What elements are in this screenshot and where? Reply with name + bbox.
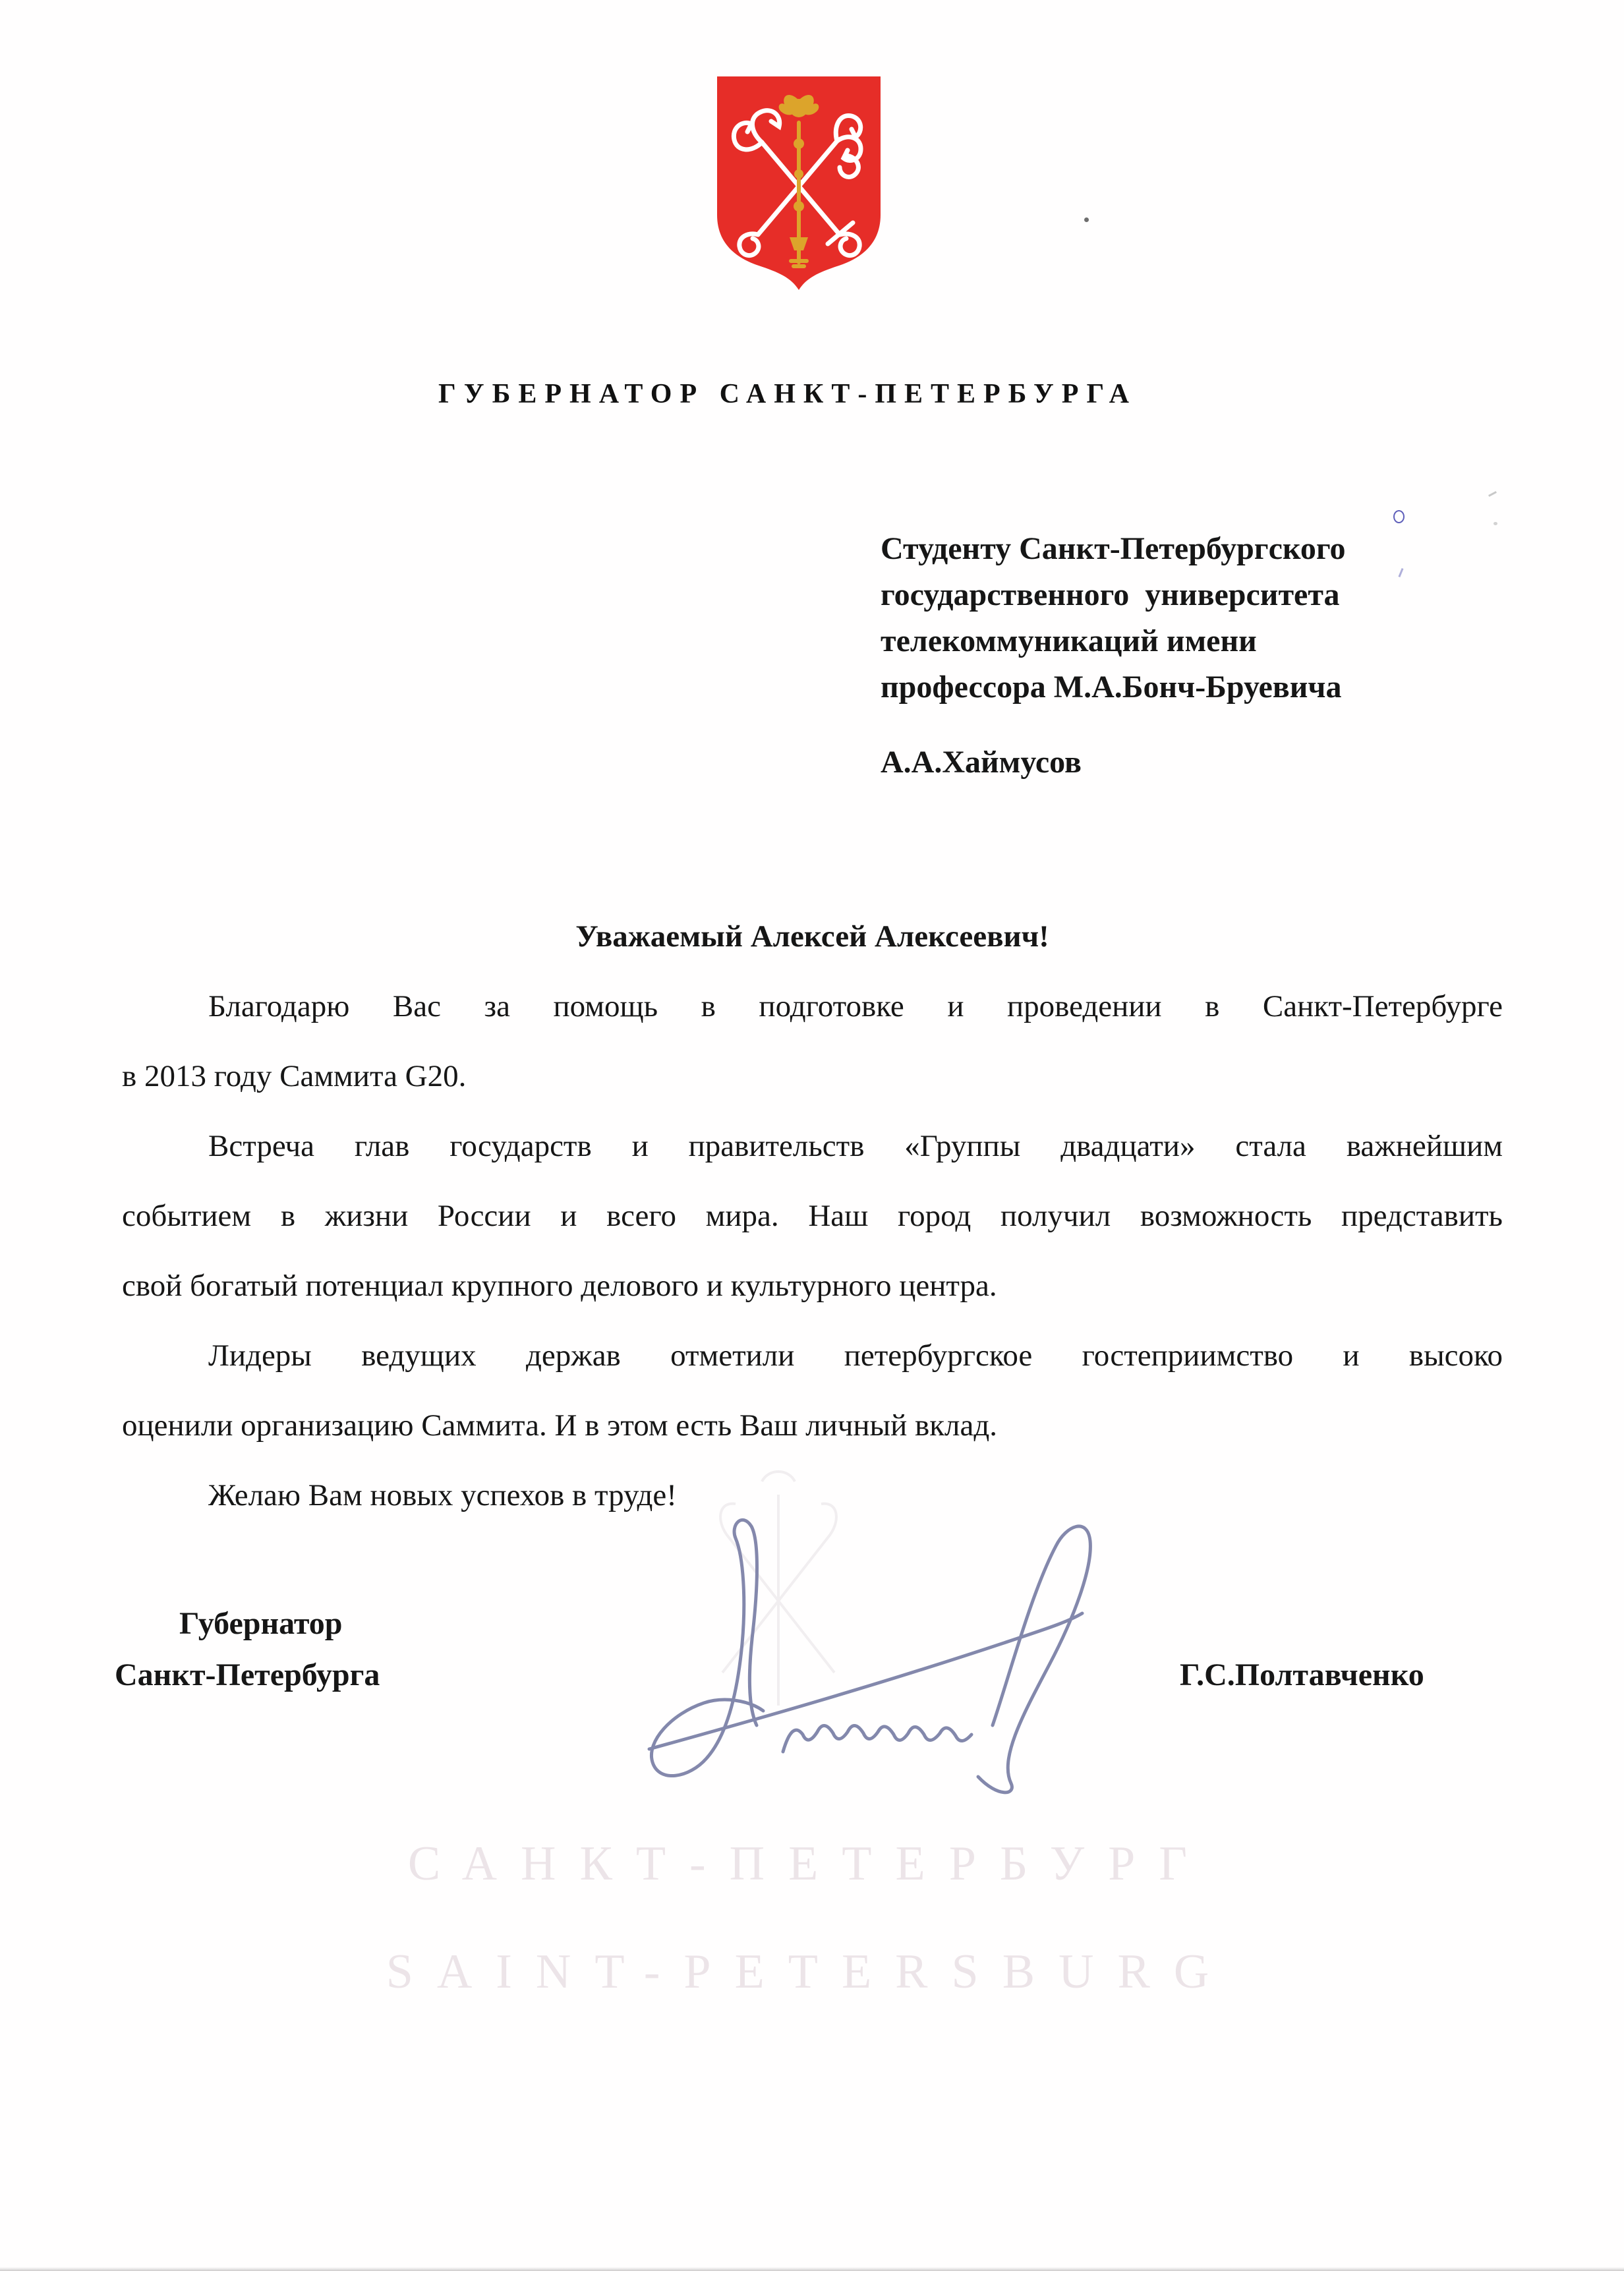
recipient-block: Студенту Санкт-Петербургскогогосударстве… — [881, 526, 1346, 786]
recipient-name: А.А.Хаймусов — [881, 739, 1346, 786]
signer-title-line2: Санкт-Петербурга — [115, 1657, 380, 1693]
recipient-line: телекоммуникаций имени — [881, 618, 1346, 664]
body-line: событием в жизни России и всего мира. На… — [122, 1181, 1503, 1251]
body-line: в 2013 году Саммита G20. — [122, 1041, 1503, 1111]
body-line: Встреча глав государств и правительств «… — [122, 1111, 1503, 1181]
signer-title-line1: Губернатор — [179, 1605, 343, 1642]
saint-petersburg-coat-of-arms-icon — [710, 71, 887, 290]
pencil-speck — [1488, 491, 1497, 497]
body-paragraph-lines: Благодарю Вас за помощь в подготовке и п… — [122, 971, 1503, 1530]
recipient-lines: Студенту Санкт-Петербургскогогосударстве… — [881, 526, 1346, 710]
recipient-line: государственного университета — [881, 572, 1346, 618]
body-line: Благодарю Вас за помощь в подготовке и п… — [122, 971, 1503, 1041]
watermark-line-en: SAINT-PETERSBURG — [0, 1944, 1619, 2000]
signer-name: Г.С.Полтавченко — [1180, 1657, 1424, 1693]
ink-speck — [1084, 217, 1089, 222]
recipient-line: профессора М.А.Бонч-Бруевича — [881, 664, 1346, 710]
body-line: Лидеры ведущих держав отметили петербург… — [122, 1321, 1503, 1391]
scan-edge-shadow — [0, 2267, 1624, 2271]
scanned-letter-page: ГУБЕРНАТОР САНКТ-ПЕТЕРБУРГА Студенту Сан… — [0, 0, 1624, 2271]
crest-svg — [710, 71, 887, 290]
watermark-line-ru: САНКТ-ПЕТЕРБУРГ — [0, 1836, 1619, 1892]
recipient-line: Студенту Санкт-Петербургского — [881, 526, 1346, 572]
body-line: свой богатый потенциал крупного делового… — [122, 1251, 1503, 1321]
letterhead-title: ГУБЕРНАТОР САНКТ-ПЕТЕРБУРГА — [0, 378, 1575, 410]
salutation: Уважаемый Алексей Алексеевич! — [122, 902, 1503, 971]
letter-body: Уважаемый Алексей Алексеевич! Благодарю … — [122, 902, 1503, 1530]
governor-signature — [626, 1488, 1167, 1810]
body-line: оценили организацию Саммита. И в этом ес… — [122, 1391, 1503, 1460]
ink-speck — [1398, 568, 1403, 577]
pencil-speck — [1493, 522, 1497, 525]
ink-speck — [1393, 510, 1405, 523]
